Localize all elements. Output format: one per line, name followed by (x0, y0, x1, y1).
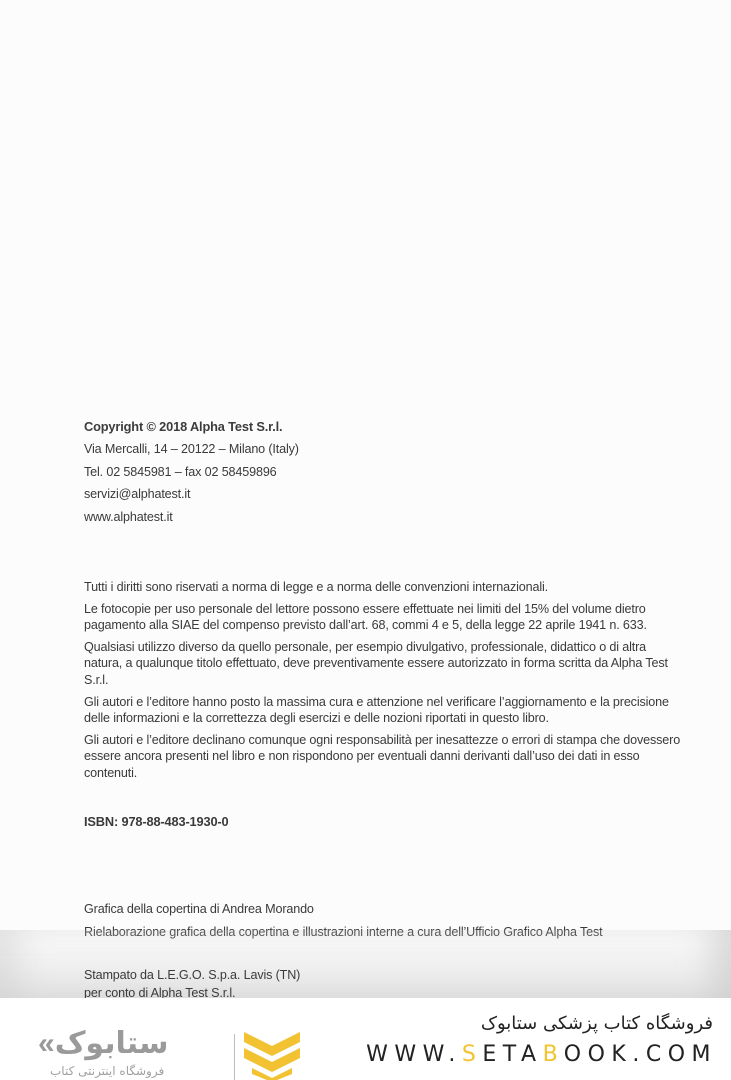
shop-name: فروشگاه کتاب پزشکی ستابوک (481, 1013, 713, 1034)
legal-paragraph: Qualsiasi utilizzo diverso da quello per… (84, 639, 684, 689)
cover-credit: Grafica della copertina di Andrea Morand… (84, 902, 684, 917)
printer-line: Stampato da L.E.G.O. S.p.a. Lavis (TN) (84, 968, 684, 983)
chevron-stack-icon (244, 1030, 300, 1080)
legal-paragraph: Le fotocopie per uso personale del letto… (84, 601, 684, 634)
legal-paragraph: Tutti i diritti sono riservati a norma d… (84, 579, 684, 596)
setabook-logo[interactable]: «ستابوک فروشگاه اینترنتی کتاب (36, 1010, 286, 1072)
credits-block: Grafica della copertina di Andrea Morand… (84, 902, 684, 948)
publisher-email: servizi@alphatest.it (84, 487, 684, 502)
printer-block: Stampato da L.E.G.O. S.p.a. Lavis (TN) p… (84, 968, 684, 998)
logo-subtitle: فروشگاه اینترنتی کتاب (50, 1064, 164, 1078)
double-chevron-icon: « (38, 1027, 55, 1060)
book-page: Copyright © 2018 Alpha Test S.r.l. Via M… (0, 0, 731, 998)
logo-wordmark: «ستابوک (38, 1026, 169, 1061)
copyright-title: Copyright © 2018 Alpha Test S.r.l. (84, 419, 684, 434)
legal-notice: Tutti i diritti sono riservati a norma d… (84, 579, 684, 787)
printer-line: per conto di Alpha Test S.r.l. (84, 986, 684, 998)
copyright-block: Copyright © 2018 Alpha Test S.r.l. Via M… (84, 419, 684, 532)
publisher-phone: Tel. 02 5845981 – fax 02 58459896 (84, 465, 684, 480)
illustration-credit: Rielaborazione grafica della copertina e… (84, 925, 684, 940)
isbn: ISBN: 978-88-483-1930-0 (84, 814, 684, 829)
publisher-website: www.alphatest.it (84, 510, 684, 525)
publisher-address: Via Mercalli, 14 – 20122 – Milano (Italy… (84, 442, 684, 457)
legal-paragraph: Gli autori e l’editore hanno posto la ma… (84, 694, 684, 727)
logo-divider (234, 1034, 235, 1080)
legal-paragraph: Gli autori e l’editore declinano comunqu… (84, 732, 684, 782)
watermark-footer: «ستابوک فروشگاه اینترنتی کتاب فروشگاه کت… (0, 998, 731, 1080)
shop-url[interactable]: WWW.SETABOOK.COM (366, 1042, 717, 1067)
